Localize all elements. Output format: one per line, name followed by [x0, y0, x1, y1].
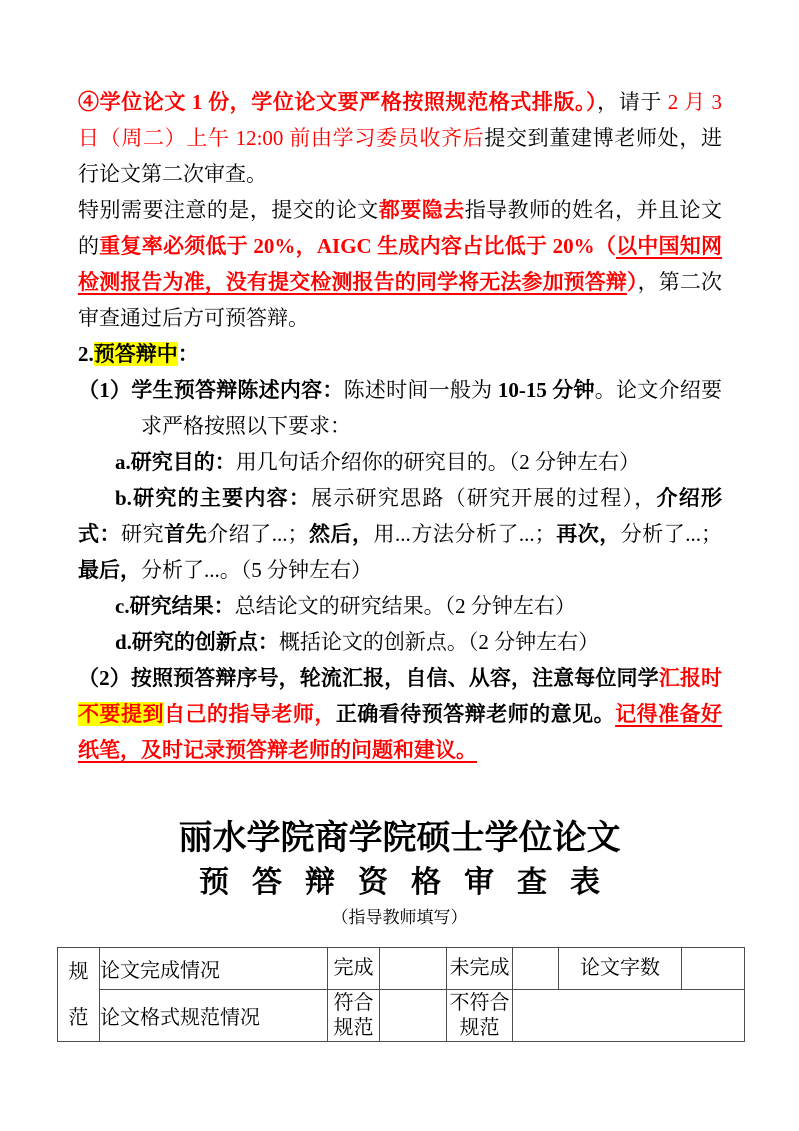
- text-run: 分析了...。（5 分钟左右）: [141, 558, 372, 582]
- text-run: 再次，: [556, 522, 621, 546]
- form-title-line2: 预答辩资格审查表: [0, 857, 799, 901]
- text-run: ：: [178, 342, 199, 366]
- table-row-completion: 规范 论文完成情况 完成 未完成 论文字数: [58, 948, 745, 990]
- text-run: 2.: [78, 342, 94, 366]
- text-run: 然后，: [308, 522, 373, 546]
- fill-in-cell-completed[interactable]: [380, 948, 447, 990]
- qualification-review-table: 规范 论文完成情况 完成 未完成 论文字数 论文格式规范情况 符合规范 不符合规…: [57, 947, 745, 1042]
- text-run: 首先: [164, 522, 207, 546]
- text-run: ④学位论文 1 份，学位论文要严格按照规范格式排版。）: [78, 90, 597, 114]
- text-run: d.研究的创新点：: [115, 630, 279, 654]
- text-run: 都要隐去: [379, 198, 465, 222]
- heading-during-predefense: 2.预答辩中：: [78, 336, 722, 372]
- text-run: 10-15 分钟: [498, 378, 595, 402]
- paragraph-thesis-submission: ④学位论文 1 份，学位论文要严格按照规范格式排版。），请于 2 月 3 日（周…: [78, 84, 722, 192]
- text-run: 不要提到: [78, 702, 164, 726]
- text-run: 正确看待预答辩老师的意见。: [336, 702, 615, 726]
- text-run: 总结论文的研究结果。（2 分钟左右）: [235, 594, 576, 618]
- text-run: c.研究结果：: [115, 594, 235, 618]
- fill-in-cell-not-completed[interactable]: [513, 948, 559, 990]
- option-not-completed: 未完成: [447, 948, 513, 990]
- text-run: 陈述时间一般为: [344, 378, 498, 402]
- text-run: 介绍了...；: [207, 522, 308, 546]
- text-run: a.研究目的：: [115, 450, 236, 474]
- group-label-standard: 规范: [69, 949, 89, 1041]
- paragraph-item-d-innovation-points: d.研究的创新点：概括论文的创新点。（2 分钟左右）: [78, 624, 722, 660]
- text-run: ，请于: [597, 90, 668, 114]
- paragraph-item-c-research-results: c.研究结果：总结论文的研究结果。（2 分钟左右）: [78, 588, 722, 624]
- text-run: 重复率必须低于 20%，AIGC 生成内容占比低于 20%（: [99, 234, 616, 258]
- label-word-count: 论文字数: [559, 948, 682, 990]
- form-title-line1: 丽水学院商学院硕士学位论文: [0, 810, 799, 859]
- text-run: 最后，: [78, 558, 141, 582]
- option-not-conforms: 不符合规范: [447, 990, 513, 1042]
- table-row-format-standard: 论文格式规范情况 符合规范 不符合规范: [58, 990, 745, 1042]
- text-run: ）: [627, 270, 638, 294]
- text-run: 展示研究思路（研究开展的过程），: [311, 486, 656, 510]
- text-run: 自己的指导老师，: [164, 702, 336, 726]
- fill-in-cell-conforms[interactable]: [380, 990, 447, 1042]
- text-run: （1）学生预答辩陈述内容：: [78, 378, 344, 402]
- document-page: ④学位论文 1 份，学位论文要严格按照规范格式排版。），请于 2 月 3 日（周…: [0, 0, 799, 1131]
- text-run: 特别需要注意的是，提交的论文: [78, 198, 379, 222]
- paragraph-item-1-statement-content: （1）学生预答辩陈述内容：陈述时间一般为 10-15 分钟。论文介绍要求严格按照…: [78, 372, 722, 444]
- paragraph-item-2-report-order: （2）按照预答辩序号，轮流汇报，自信、从容，注意每位同学汇报时不要提到自己的指导…: [78, 660, 722, 768]
- form-subtitle-filled-by-advisor: （指导教师填写）: [0, 903, 799, 928]
- row-label-format-status: 论文格式规范情况: [100, 990, 328, 1042]
- text-run: 预答辩中: [94, 342, 178, 366]
- paragraph-item-a-research-purpose: a.研究目的：用几句话介绍你的研究目的。（2 分钟左右）: [78, 444, 722, 480]
- text-run: 用几句话介绍你的研究目的。（2 分钟左右）: [236, 450, 640, 474]
- fill-in-cell-not-conforms[interactable]: [513, 990, 745, 1042]
- text-run: 概括论文的创新点。（2 分钟左右）: [279, 630, 599, 654]
- option-completed: 完成: [328, 948, 380, 990]
- text-run: 汇报时: [659, 666, 722, 690]
- fill-in-cell-word-count[interactable]: [682, 948, 745, 990]
- text-run: b.研究的主要内容：: [115, 486, 311, 510]
- option-conforms: 符合规范: [328, 990, 380, 1042]
- text-run: 用...方法分析了...；: [374, 522, 556, 546]
- row-label-completion-status: 论文完成情况: [100, 948, 328, 990]
- group-label-cell: 规范: [58, 948, 100, 1042]
- paragraph-item-b-main-content: b.研究的主要内容：展示研究思路（研究开展的过程），介绍形式：研究首先介绍了..…: [78, 480, 722, 588]
- paragraph-attention-notice: 特别需要注意的是，提交的论文都要隐去指导教师的姓名，并且论文的重复率必须低于 2…: [78, 192, 722, 336]
- text-run: （2）按照预答辩序号，轮流汇报，自信、从容，注意每位同学: [78, 666, 659, 690]
- text-run: 分析了...；: [621, 522, 722, 546]
- text-run: 研究: [121, 522, 164, 546]
- document-body: ④学位论文 1 份，学位论文要严格按照规范格式排版。），请于 2 月 3 日（周…: [78, 84, 722, 768]
